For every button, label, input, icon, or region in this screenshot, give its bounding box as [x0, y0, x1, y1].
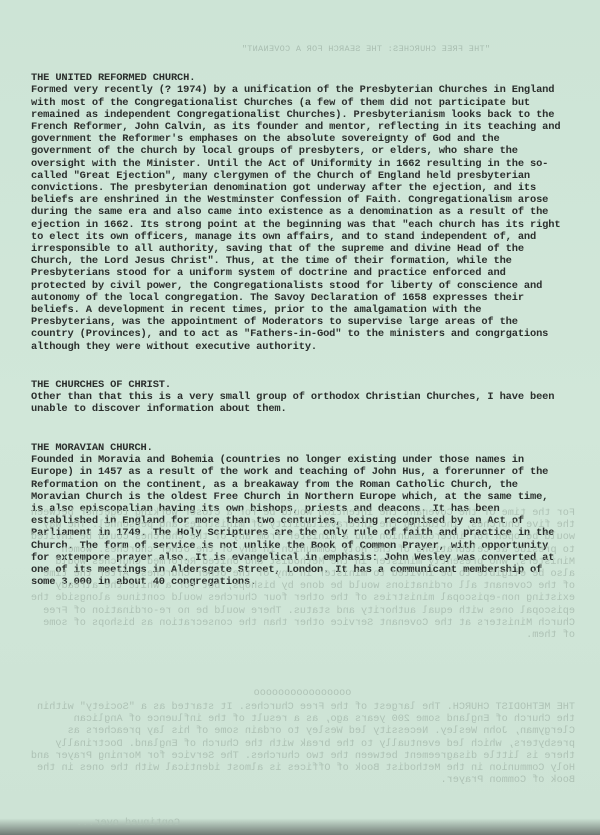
document-page: "THE FREE CHURCHES: THE SEARCH FOR A COV… [0, 0, 600, 835]
section-text: Formed very recently (? 1974) by a unifi… [31, 84, 560, 352]
section-text: Other than that this is a very small gro… [31, 391, 554, 415]
showthrough-methodist-text: THE METHODIST CHURCH. The largest of the… [30, 702, 575, 787]
section-heading: THE UNITED REFORMED CHURCH. [31, 72, 195, 84]
paragraph-united-reformed-church: THE UNITED REFORMED CHURCH. Formed very … [31, 60, 566, 353]
section-heading: THE CHURCHES OF CHRIST. [31, 379, 171, 391]
showthrough-continued: Continued over... [60, 818, 180, 830]
showthrough-covenant-text: For the time of the Covenant the intenti… [30, 508, 575, 642]
showthrough-divider: oooooooooooooooo [30, 688, 575, 700]
paragraph-churches-of-christ: THE CHURCHES OF CHRIST. Other than that … [31, 367, 566, 416]
section-heading: THE MORAVIAN CHURCH. [31, 442, 153, 454]
showthrough-header: "THE FREE CHURCHES: THE SEARCH FOR A COV… [170, 44, 490, 54]
